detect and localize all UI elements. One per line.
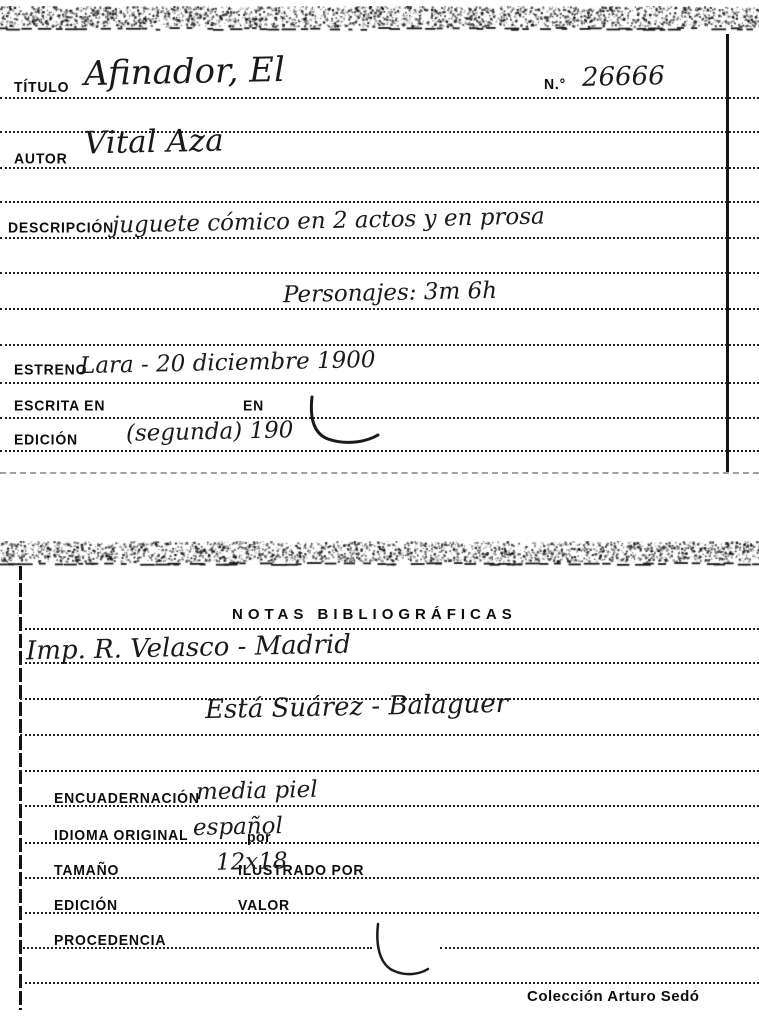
rule-line <box>20 912 759 914</box>
titulo-value: Afinador, El <box>84 50 286 94</box>
rule-line <box>0 167 759 169</box>
rule-line <box>0 344 759 346</box>
numero-value: 26666 <box>582 61 665 93</box>
edicion-bottom-label: EDICIÓN <box>54 897 118 914</box>
rule-line <box>0 450 759 452</box>
edicion-label: EDICIÓN <box>14 431 78 448</box>
bottom-card-left-border <box>19 566 22 1010</box>
titulo-label: TÍTULO <box>14 79 69 96</box>
rule-line <box>0 272 759 274</box>
rule-line <box>0 308 759 310</box>
rule-line <box>440 947 759 949</box>
rule-line <box>20 628 759 630</box>
collection-footer: Colección Arturo Sedó <box>527 988 699 1005</box>
encuadernacion-value: media piel <box>196 777 318 806</box>
rule-line <box>0 97 759 99</box>
rule-line <box>20 734 759 736</box>
estreno-value: Lara - 20 diciembre 1900 <box>80 347 376 379</box>
estreno-label: ESTRENO <box>14 361 87 378</box>
tamano-label: TAMAÑO <box>54 862 119 879</box>
rule-line <box>20 982 759 984</box>
escrita-en-label: ESCRITA EN <box>14 397 105 414</box>
numero-label: N.° <box>544 76 566 93</box>
procedencia-label: PROCEDENCIA <box>54 932 166 949</box>
autor-value: Vital Aza <box>84 123 224 162</box>
notas-bibliograficas-header: NOTAS BIBLIOGRÁFICAS <box>232 606 517 623</box>
rule-line <box>0 201 759 203</box>
idioma-original-label: IDIOMA ORIGINAL <box>54 827 188 844</box>
scan-noise-band-bottom <box>0 541 759 567</box>
top-card-right-border <box>726 34 729 472</box>
pen-flourish <box>300 395 390 450</box>
autor-label: AUTOR <box>14 150 68 167</box>
edicion-value: (segunda) 190 <box>126 417 294 446</box>
rule-line <box>20 770 759 772</box>
notes-line-1: Imp. R. Velasco - Madrid <box>26 630 351 667</box>
valor-label: VALOR <box>238 897 290 914</box>
idioma-value: español <box>193 813 283 841</box>
catalog-card-scan: TÍTULO N.° AUTOR DESCRIPCIÓN ESTRENO ESC… <box>0 0 759 1028</box>
rule-line <box>0 382 759 384</box>
tamano-value: 12x18 <box>216 848 288 875</box>
descripcion-label: DESCRIPCIÓN <box>8 219 114 236</box>
descripcion-value: juguete cómico en 2 actos y en prosa <box>112 203 545 238</box>
rule-line <box>20 877 759 879</box>
notes-line-2: Está Suárez - Balaguer <box>205 689 509 725</box>
card-bottom-edge <box>0 472 759 474</box>
en-label: EN <box>243 397 264 414</box>
pen-flourish <box>368 922 448 980</box>
encuadernacion-label: ENCUADERNACIÓN <box>54 790 200 807</box>
personajes-value: Personajes: 3m 6h <box>283 278 498 308</box>
scan-noise-band-top <box>0 6 759 32</box>
